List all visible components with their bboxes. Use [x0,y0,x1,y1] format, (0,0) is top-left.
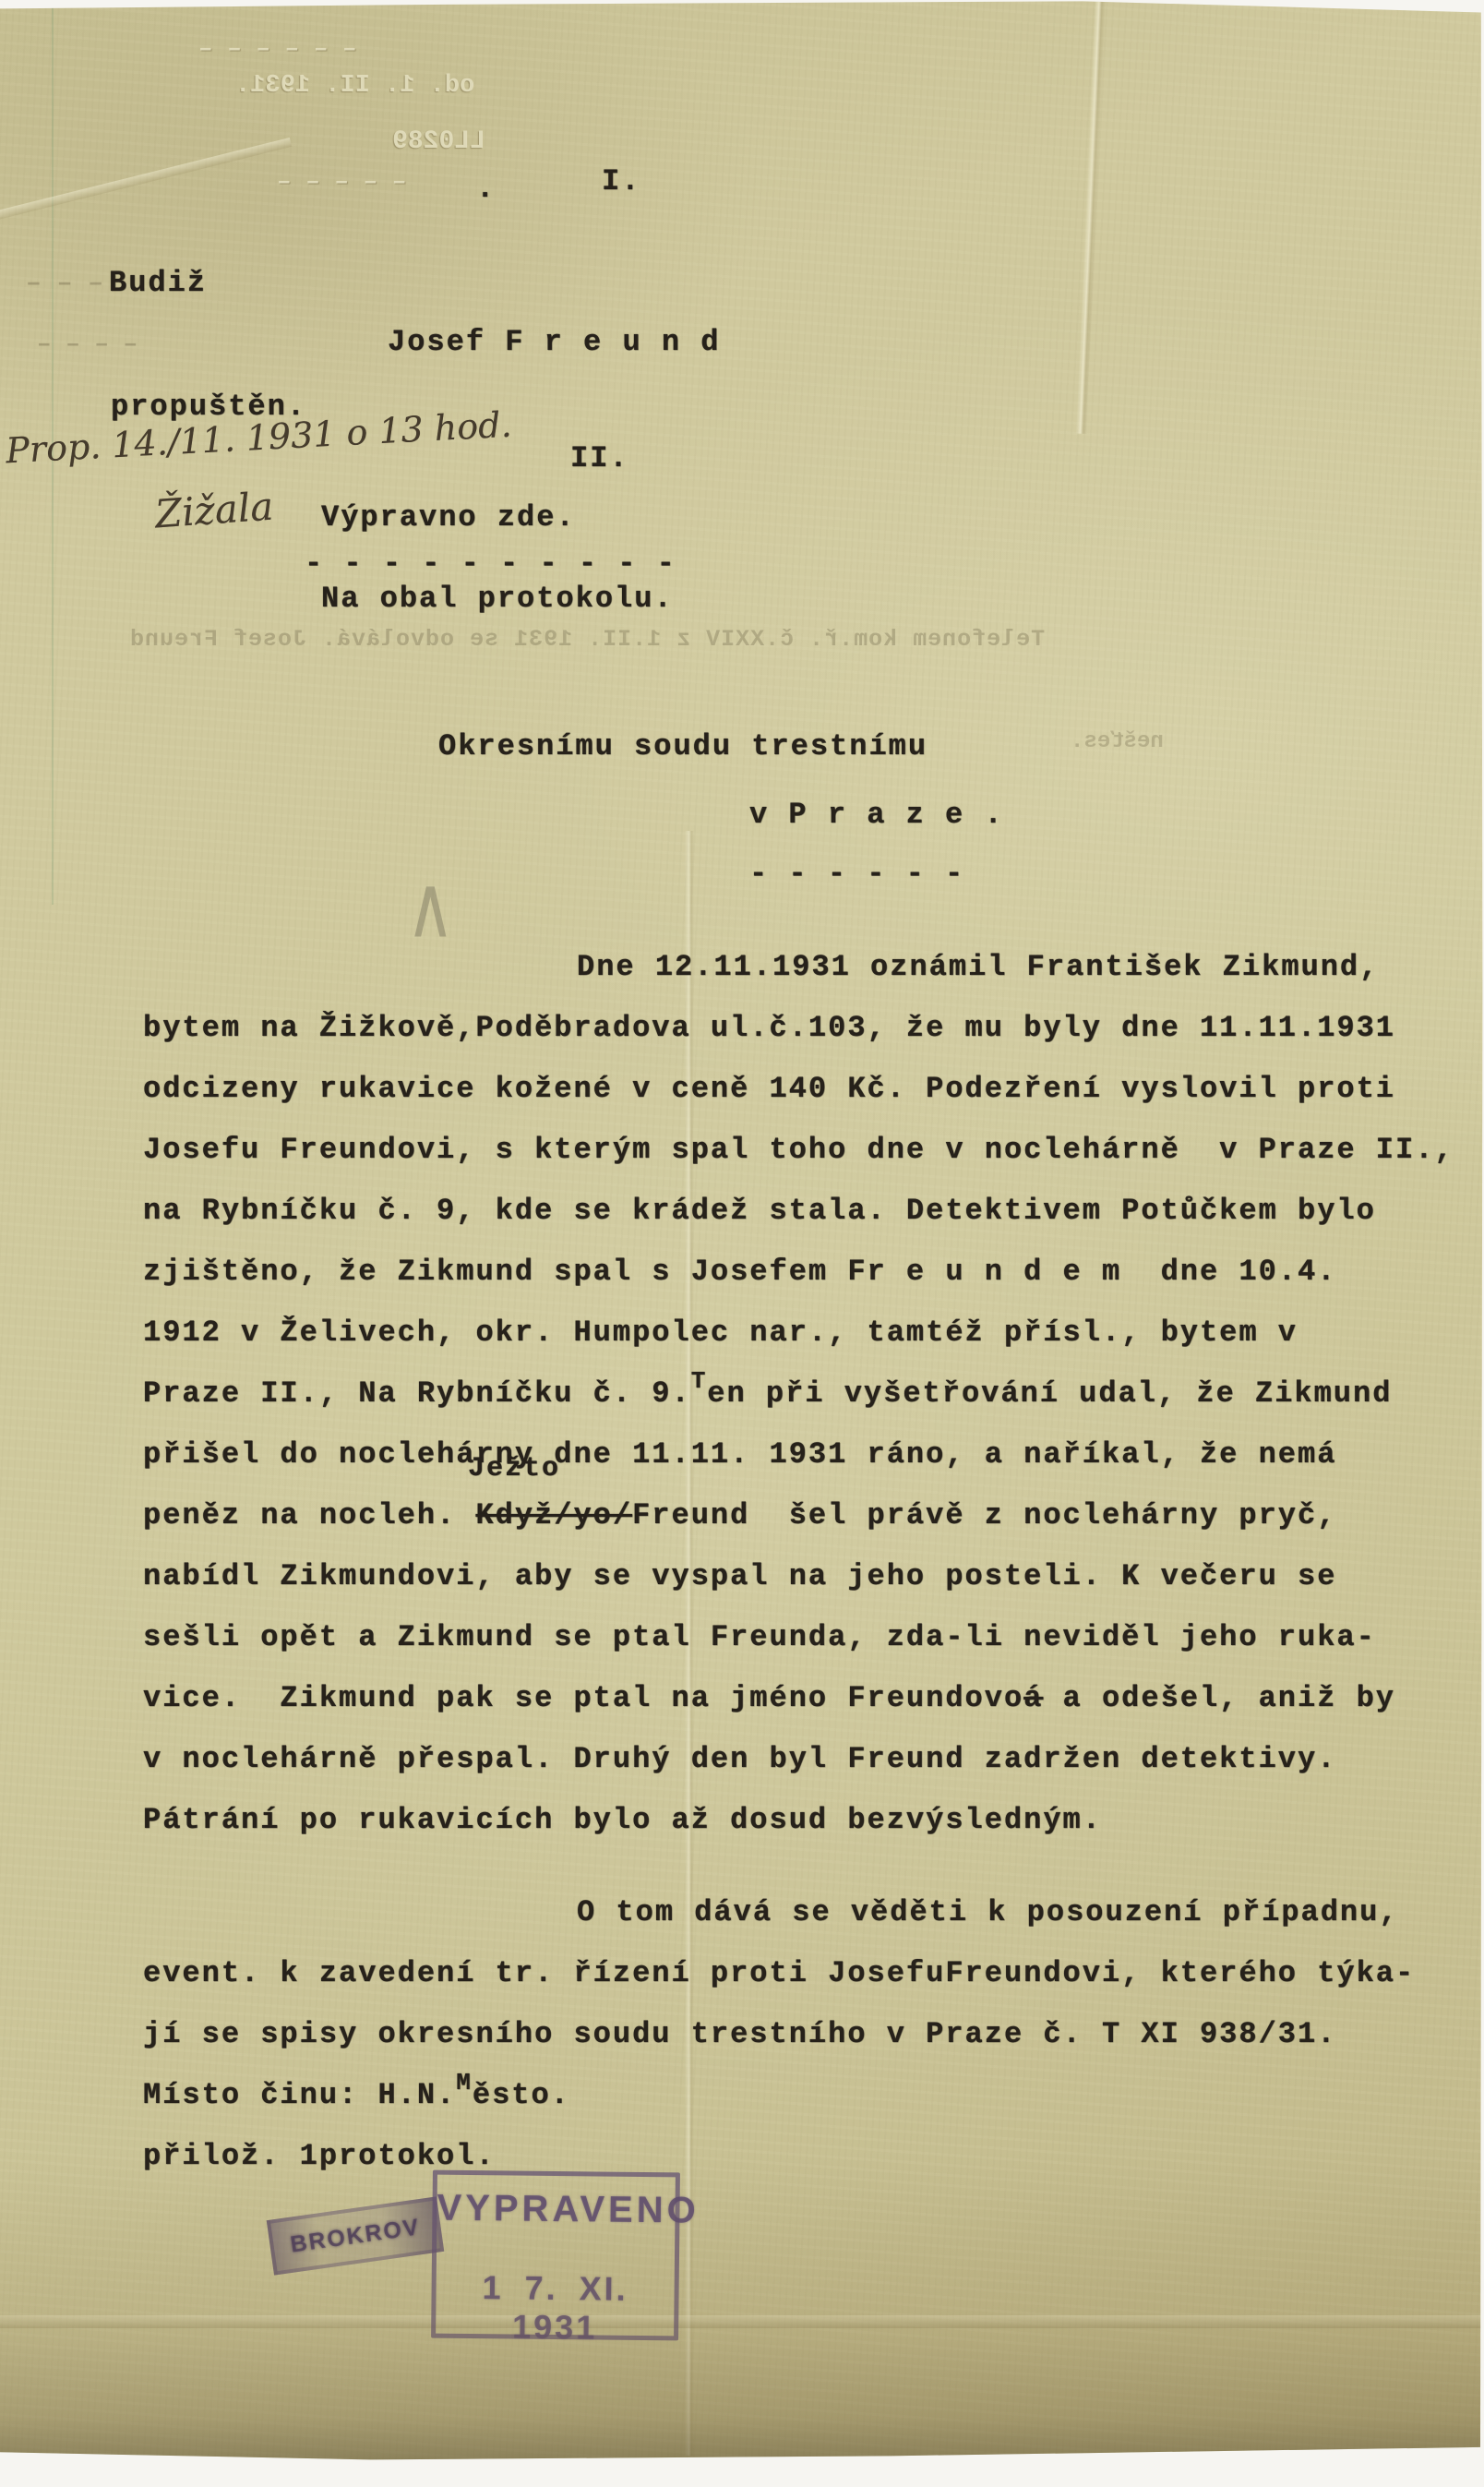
body-line: Josefu Freundovi, s kterým spal toho dne… [143,1120,1435,1181]
body-line: Dne 12.11.1931 oznámil František Zikmund… [143,937,1435,998]
body-line: event. k zavedení tr. řízení proti Josef… [143,1943,1435,2004]
body-text: Pátrání po rukavicích bylo až dosud bezv… [143,1803,1102,1837]
body-line: Praze II., Na Rybníčku č. 9.Ten při vyše… [143,1364,1435,1424]
body-text: Dne 12.11.1931 oznámil František Zikmund… [577,950,1379,984]
body-line: v noclehárně přespal. Druhý den byl Freu… [143,1729,1435,1790]
handwritten-signature: Žižala [153,484,274,537]
body-line: 1912 v Želivech, okr. Humpolec nar., tam… [143,1303,1435,1364]
scanned-document-photo: { "doc": { "dot": ".", "sec1": "I.", "bu… [0,0,1484,2487]
crease-diagonal-topleft [0,138,292,222]
small-stamp-text: BROKROV [289,2214,422,2258]
body-text: bytem na Žižkově,Poděbradova ul.č.103, ž… [143,1011,1395,1045]
crease-vertical-right [1076,0,1106,434]
body-line: přišel do noclehárny dne 11.11. 1931 rán… [143,1424,1435,1485]
period-mark: . [476,172,496,206]
recipient-city: v P r a z e . [749,798,1004,832]
recipient-court: Okresnímu soudu trestnímu [438,729,927,763]
section-numeral-1: I. [602,164,640,198]
body-text: odcizeny rukavice kožené v ceně 140 Kč. … [143,1072,1395,1106]
typed-superscript: T [691,1351,708,1412]
body-text: ěsto. [473,2078,570,2112]
body-line: na Rybníčku č. 9, kde se krádež stala. D… [143,1181,1435,1242]
body-line: přilož. 1protokol. [143,2126,1435,2187]
order-word-budiz: Budiž [109,266,207,300]
body-text: Místo činu: H.N. [143,2078,456,2112]
crease-bottom-fold [0,2315,1484,2328]
section-numeral-2: II. [570,441,629,475]
dispatch-note: Výpravno zde. [321,500,576,535]
dispatched-stamp-date: 1 7. XI. 1931 [436,2268,675,2349]
body-text: 1912 v Želivech, okr. Humpolec nar., tam… [143,1316,1298,1350]
faint-dashes-budiz: – – – [26,270,103,298]
bleedthrough-dashes-top: – – – – – – [198,35,357,63]
body-text: vice. Zikmund pak se ptal na jméno Freun… [143,1681,1023,1715]
bleedthrough-line: Telefonem kom.ř. č.XXIV z 1.II. 1931 se … [129,626,1045,653]
dashed-rule-2: - - - - - - [749,857,964,891]
body-text: jí se spisy okresního soudu trestního v … [143,2017,1336,2051]
bleedthrough-date: od. 1. II. 1931. [235,72,474,100]
dispatched-stamp-label: VYPRAVENO [437,2188,675,2232]
bleedthrough-code: LL0289 [392,127,485,156]
struck-out-text: Když/yo/ [475,1498,632,1532]
body-line: jí se spisy okresního soudu trestního v … [143,2004,1435,2065]
body-line: vice. Zikmund pak se ptal na jméno Freun… [143,1668,1435,1729]
dashed-rule-1: - - - - - - - - - - [305,547,676,581]
body-text: sešli opět a Zikmund se ptal Freunda, zd… [143,1620,1376,1654]
bleedthrough-dashes-2: – – – – – [277,168,406,196]
body-text: a odešel, aniž by [1043,1681,1395,1715]
body-text: nabídl Zikmundovi, aby se vyspal na jeho… [143,1559,1336,1593]
body-text: přilož. 1protokol. [143,2139,496,2173]
body-line: Místo činu: H.N.Město. [143,2065,1435,2126]
body-line: sešli opět a Zikmund se ptal Freunda, zd… [143,1607,1435,1668]
bottom-fold-shadow [0,2151,1484,2465]
body-text: zjištěno, že Zikmund spal s Josefem Fr e… [143,1255,1336,1289]
body-line: bytem na Žižkově,Poděbradova ul.č.103, ž… [143,998,1435,1059]
body-text: en při vyšetřování udal, že Zikmund [707,1376,1392,1411]
struck-out-letter: á [1023,1681,1043,1715]
body-line-with-insert: Ježtopeněz na nocleh. Když/yo/Freund šel… [143,1485,1435,1546]
body-text: v noclehárně přespal. Druhý den byl Freu… [143,1742,1336,1776]
body-line: Pátrání po rukavicích bylo až dosud bezv… [143,1790,1435,1851]
bleedthrough-right: nešťes. [1071,729,1164,754]
body-line: zjištěno, že Zikmund spal s Josefem Fr e… [143,1242,1435,1303]
body-text: na Rybníčku č. 9, kde se krádež stala. D… [143,1194,1376,1228]
dispatched-stamp: VYPRAVENO 1 7. XI. 1931 [431,2170,680,2341]
cover-note: Na obal protokolu. [321,582,674,616]
body-text: Josefu Freundovi, s kterým spal toho dne… [143,1133,1454,1167]
body-line: O tom dává se věděti k posouzení případn… [143,1882,1435,1943]
body-text: přišel do noclehárny dne 11.11. 1931 rán… [143,1437,1336,1472]
body-line: nabídl Zikmundovi, aby se vyspal na jeho… [143,1546,1435,1607]
typed-superscript: M [456,2052,473,2113]
body-line: odcizeny rukavice kožené v ceně 140 Kč. … [143,1059,1435,1120]
person-name: Josef F r e u n d [388,325,720,359]
small-office-stamp: BROKROV [267,2196,445,2275]
report-body: Dne 12.11.1931 oznámil František Zikmund… [143,937,1435,2187]
body-text: peněz na nocleh. [143,1498,475,1532]
body-text: O tom dává se věděti k posouzení případn… [577,1895,1399,1929]
body-text: Praze II., Na Rybníčku č. 9. [143,1376,691,1411]
body-text: event. k zavedení tr. řízení proti Josef… [143,1956,1415,1990]
paper-sheet: – – – – – – od. 1. II. 1931. LL0289 – – … [0,0,1484,2487]
inserted-word: Ježto [468,1455,560,1483]
body-text: Freund šel právě z noclehárny pryč, [632,1498,1336,1532]
